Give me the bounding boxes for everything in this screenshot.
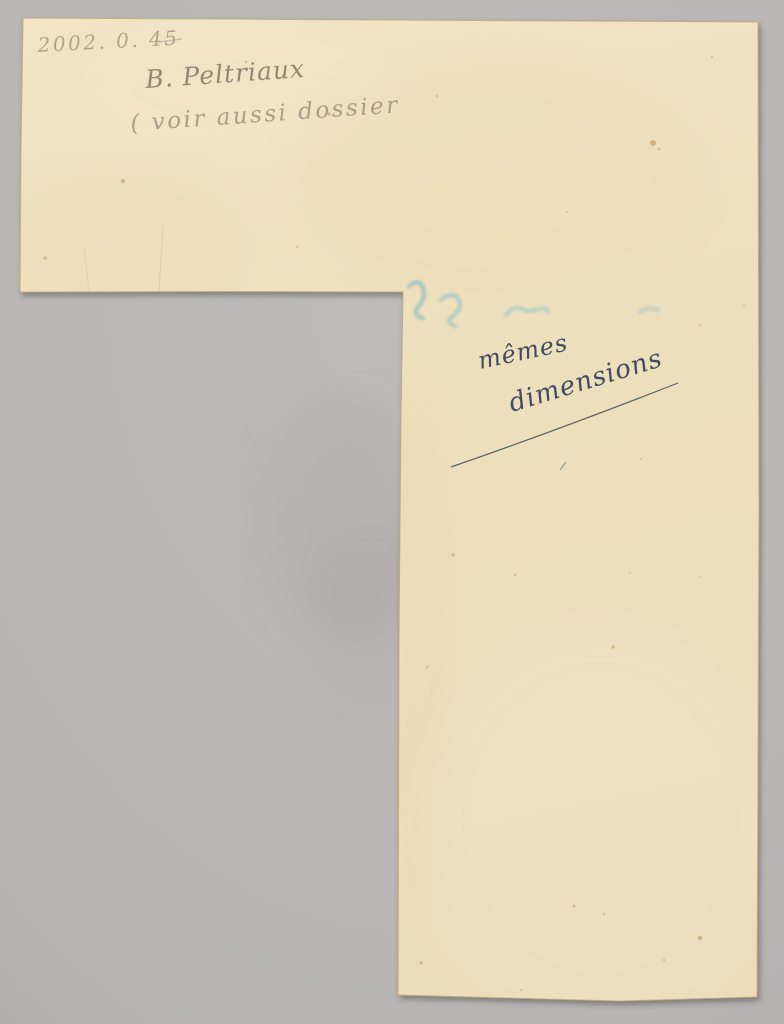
photo-of-document: 2002. 0. 45 B. Peltriaux ( voir aussi do…: [0, 0, 784, 1024]
scene-canvas: 2002. 0. 45 B. Peltriaux ( voir aussi do…: [0, 0, 784, 1024]
